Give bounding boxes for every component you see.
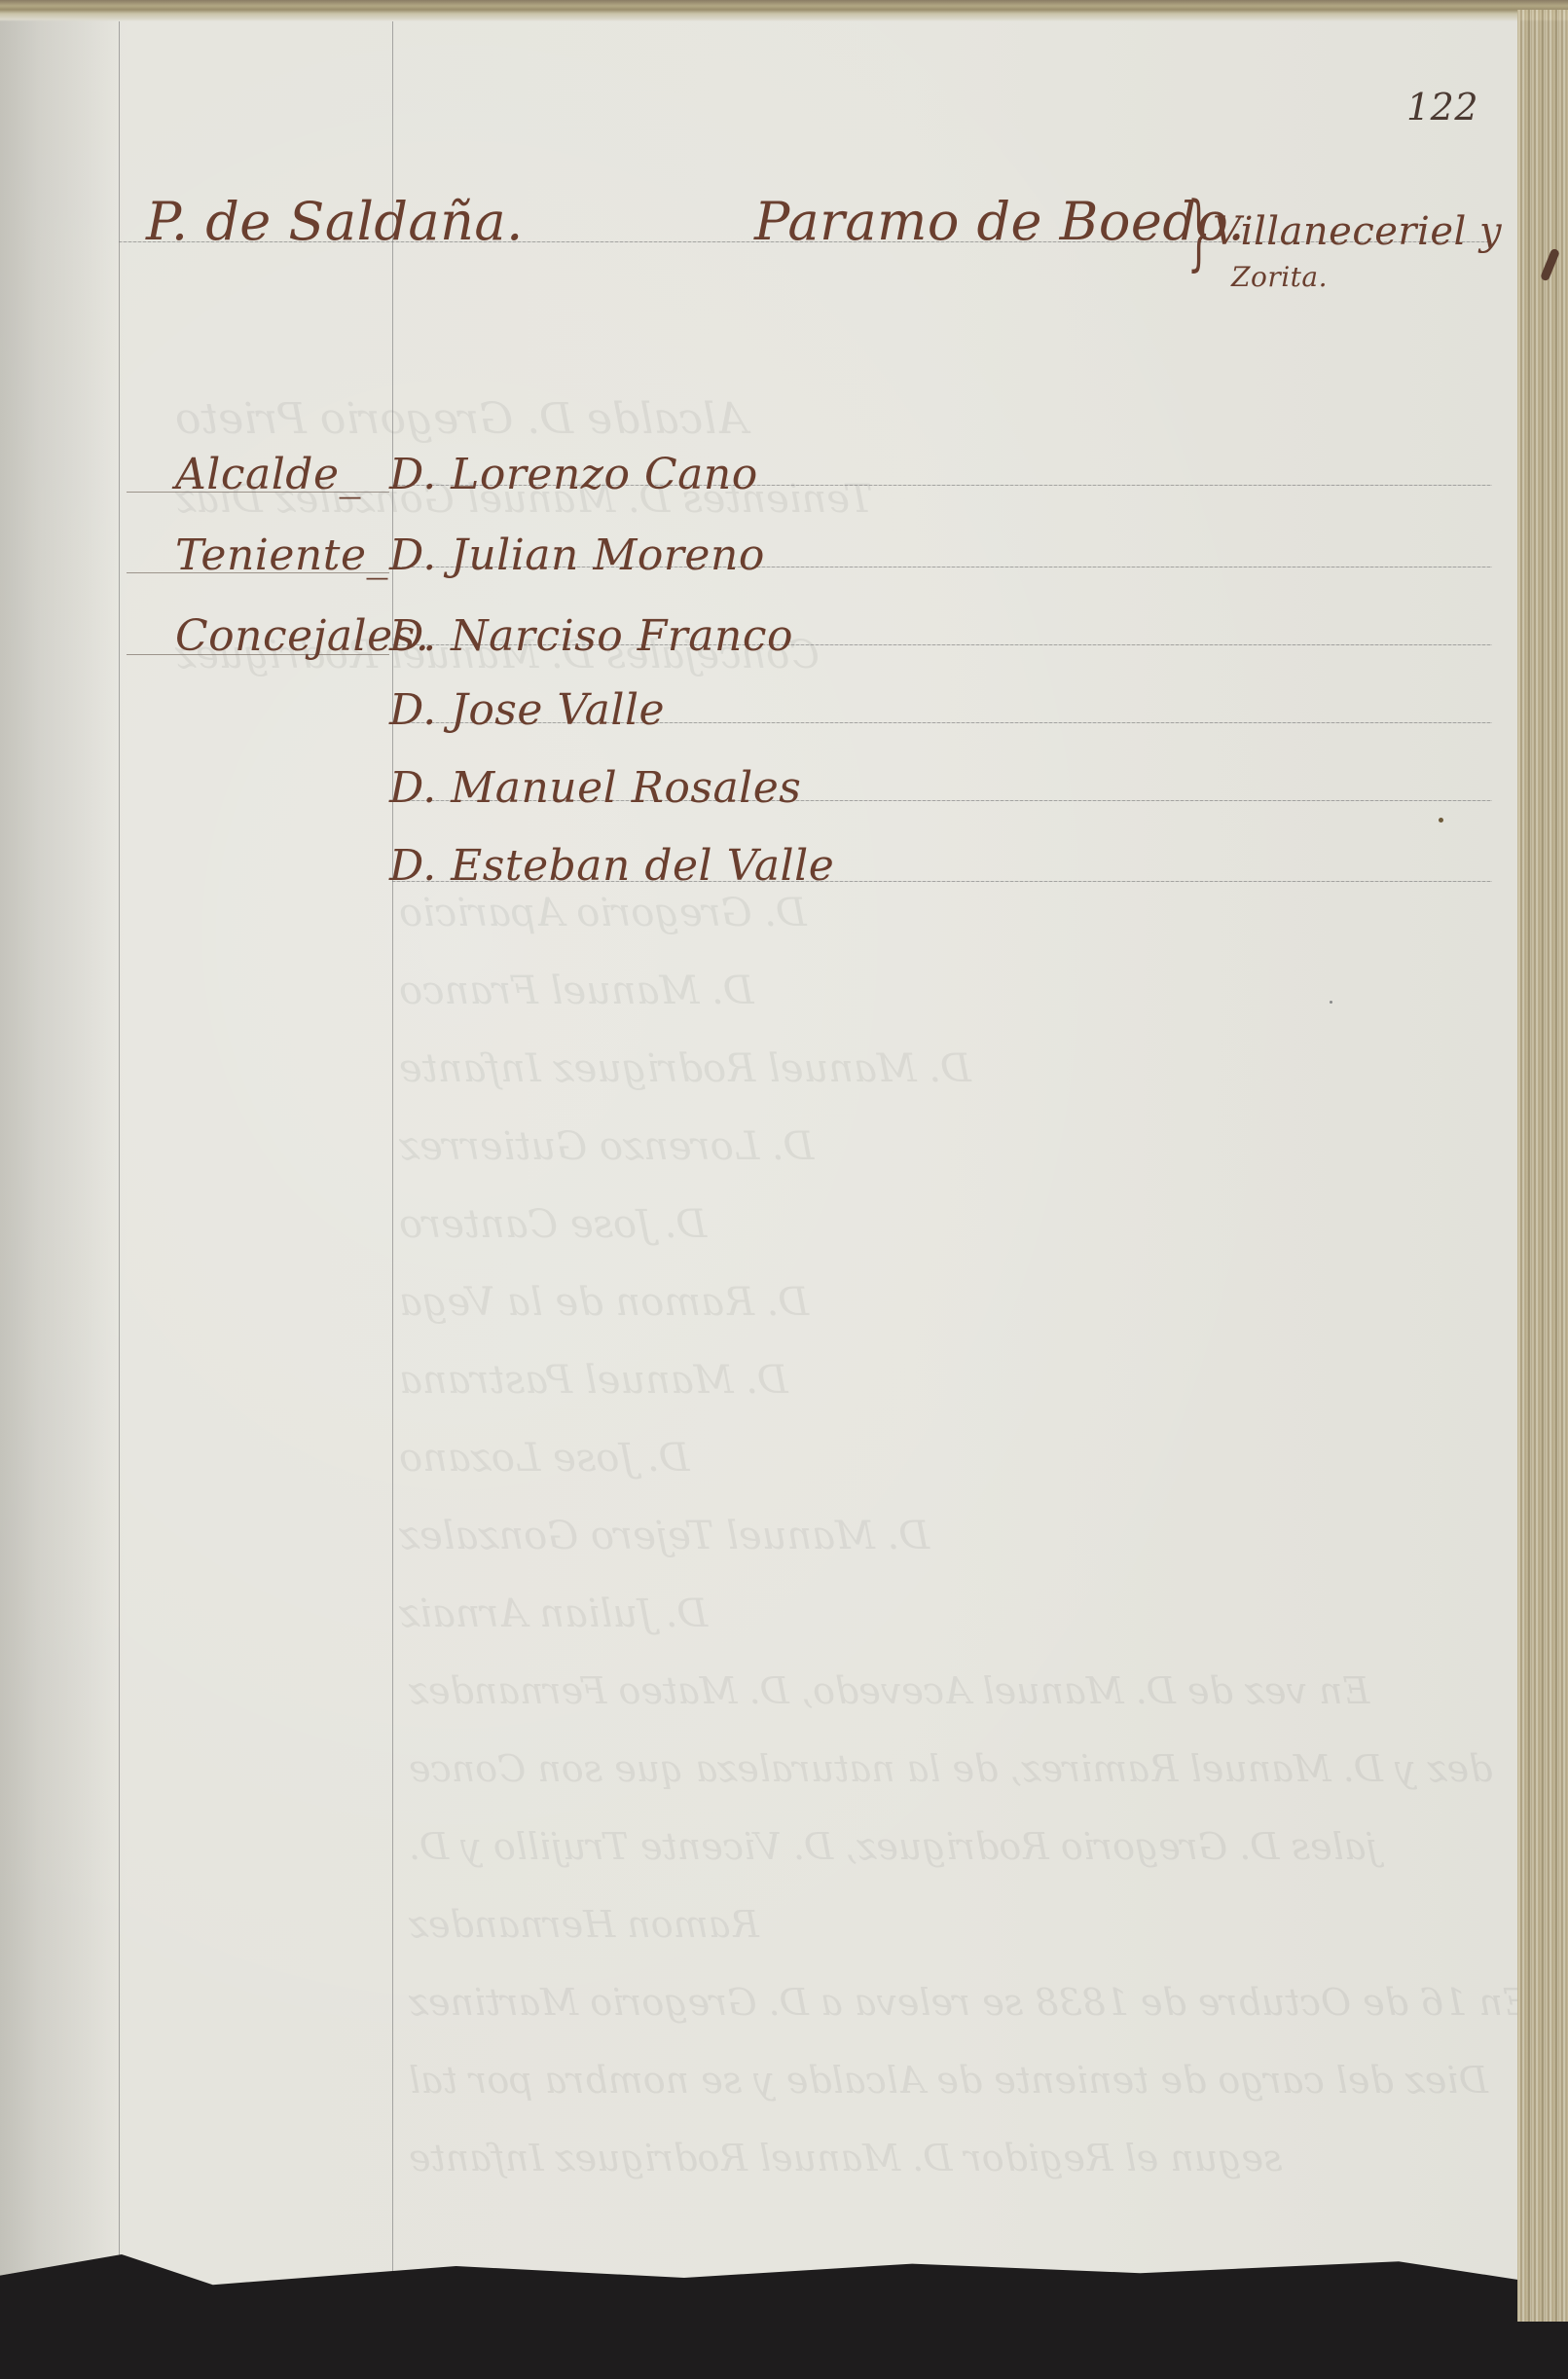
bleed-through: jales D. Gregorio Rodriguez, D. Vicente … <box>409 1825 1377 1868</box>
bleed-through: D. Ramon de la Vega <box>399 1280 809 1325</box>
role-label-teniente: Teniente_ <box>175 531 388 580</box>
ledger-page: Alcalde D. Gregorio Prieto Tenientes D. … <box>0 0 1520 2336</box>
member-name: D. Narciso Franco <box>389 611 793 661</box>
member-name: D. Jose Valle <box>389 685 665 735</box>
bleed-through: dez y D. Manuel Ramirez, de la naturalez… <box>409 1747 1493 1790</box>
bleed-through: segun el Regidor D. Manuel Rodriguez Inf… <box>409 2137 1283 2179</box>
role-label-alcalde: Alcalde_ <box>175 450 361 499</box>
bleed-through: D. Gregorio Aparicio <box>399 891 807 935</box>
gutter-shadow <box>0 0 117 2317</box>
bleed-through: En 16 de Octubre de 1838 se releva a D. … <box>409 1981 1530 2024</box>
bleed-through: En vez de D. Manuel Acevedo, D. Mateo Fe… <box>409 1669 1369 1712</box>
bleed-through: Ramon Hernandez <box>409 1903 759 1946</box>
bleed-through: D. Manuel Franco <box>399 969 754 1013</box>
member-name: D. Esteban del Valle <box>389 841 834 891</box>
bleed-through: D. Jose Lozano <box>399 1436 690 1481</box>
bleed-through: D. Jose Cantero <box>399 1202 707 1247</box>
municipality-heading: Paramo de Boedo. <box>754 191 1245 252</box>
page-stack-edge <box>1517 10 1568 2322</box>
bleed-through: D. Julian Arnaiz <box>399 1592 708 1636</box>
paper-speck <box>1330 1001 1332 1004</box>
member-name: D. Lorenzo Cano <box>389 450 758 499</box>
bleed-through: D. Manuel Tejero Gonzalez <box>399 1514 930 1558</box>
margin-rule <box>119 21 120 2309</box>
page-top-edge <box>0 0 1568 21</box>
bleed-through: D. Lorenzo Gutierrez <box>399 1124 814 1169</box>
bleed-through: Alcalde D. Gregorio Prieto <box>175 394 748 444</box>
bleed-through: Diez del cargo de teniente de Alcalde y … <box>409 2059 1488 2102</box>
member-name: D. Manuel Rosales <box>389 763 801 813</box>
name-column-rule <box>392 21 393 2314</box>
bleed-through: D. Manuel Pastrana <box>399 1358 788 1403</box>
page-number: 122 <box>1406 86 1478 128</box>
member-name: D. Julian Moreno <box>389 531 765 580</box>
manuscript-scan: Alcalde D. Gregorio Prieto Tenientes D. … <box>0 0 1568 2379</box>
annexed-villages-line-1: Villaneceriel y <box>1213 209 1502 254</box>
paper-speck <box>1439 818 1443 823</box>
brace-icon: } <box>1187 191 1211 273</box>
bleed-through: D. Manuel Rodriguez Infante <box>399 1046 971 1091</box>
annexed-villages-line-2: Zorita. <box>1231 261 1328 293</box>
district-heading: P. de Saldaña. <box>146 191 524 252</box>
